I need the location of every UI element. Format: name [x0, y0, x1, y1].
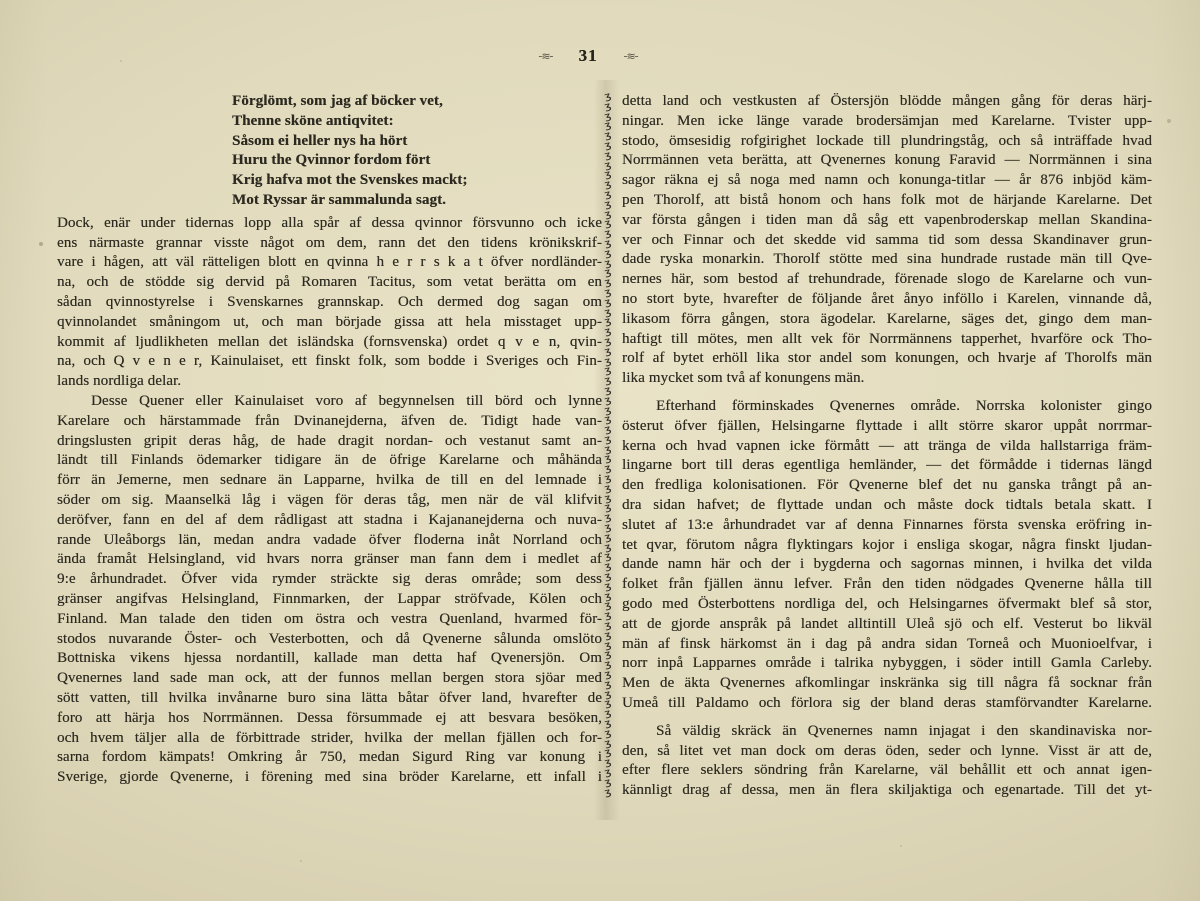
- verse-quote: Förglömt, som jag af böcker vet,Thenne s…: [232, 92, 602, 211]
- text-line: kännligt drag af dessa, men än flera ski…: [622, 781, 1152, 801]
- text-line: Karelare och härstammade från Dvinanejde…: [57, 412, 602, 432]
- text-line: rolf af bytet erhöll lika stor andel som…: [622, 349, 1152, 369]
- text-line: deröfver, fann en del af dem rådligast a…: [57, 511, 602, 531]
- text-line: och hvem täljer alla de förbittrade stri…: [57, 729, 602, 749]
- text-line: Dock, enär under tidernas lopp alla spår…: [57, 214, 602, 234]
- text-line: var första gången i tiden man då såg ett…: [622, 211, 1152, 231]
- text-line: kerna och hvad vapnen icke förmått — att…: [622, 437, 1152, 457]
- text-line: Mot Ryssar är sammalunda sagt.: [232, 191, 602, 211]
- text-line: qvinnolandet småningom ut, och man börja…: [57, 313, 602, 333]
- text-line: likasom förra gången, stora ägodelar. Ka…: [622, 310, 1152, 330]
- text-line: Huru the Qvinnor fordom fört: [232, 151, 602, 171]
- page-number: 31: [579, 46, 598, 66]
- text-line: kommit af ljudlikheten mellan det isländ…: [57, 333, 602, 353]
- text-line: Krig hafva mot the Svenskes mackt;: [232, 171, 602, 191]
- text-line: Så väldig skräck än Qvenernes namn injag…: [622, 722, 1152, 742]
- text-line: foro att härja hos Norrmännen. Dessa för…: [57, 709, 602, 729]
- text-line: godo med Österbottens nordliga del, och …: [622, 595, 1152, 615]
- text-line: no stort byte, hvarefter de följande åre…: [622, 290, 1152, 310]
- text-line: folket från fjällen ännu lefver. Från de…: [622, 575, 1152, 595]
- text-line: ningar. Men icke länge varade brodersämj…: [622, 112, 1152, 132]
- column-divider-squiggles: ʒʒʒʒʒʒʒʒʒʒʒʒʒʒʒʒʒʒʒʒʒʒʒʒʒʒʒʒʒʒʒʒʒʒʒʒʒʒʒʒ…: [601, 92, 615, 797]
- text-line: Sverige, gjorde Qvenerne, i förening med…: [57, 768, 602, 788]
- text-line: Desse Quener eller Kainulaiset voro af b…: [57, 392, 602, 412]
- text-line: Förglömt, som jag af böcker vet,: [232, 92, 602, 112]
- text-line: dande namn här och der i bygderna och sa…: [622, 555, 1152, 575]
- text-line: sådan qvinnostyrelse i Svenskarnes grann…: [57, 293, 602, 313]
- text-line: Såsom ei heller nys ha hört: [232, 132, 602, 152]
- text-line: dade ryska monarkin. Thorolf stötte med …: [622, 250, 1152, 270]
- text-line: ända framåt Helsingland, vid hvars norra…: [57, 550, 602, 570]
- text-line: 9:e århundradet. Öfver vida rymder sträc…: [57, 570, 602, 590]
- text-line: Men de äkta Qvenernes afkomlingar inskrä…: [622, 674, 1152, 694]
- paragraph: Efterhand förminskades Qvenernes område.…: [622, 397, 1152, 714]
- text-line: detta land och vestkusten af Östersjön b…: [622, 92, 1152, 112]
- text-line: efter flere seklers söndring från Karela…: [622, 761, 1152, 781]
- page-header: -≋- 31 -≋-: [0, 46, 1176, 66]
- text-line: sött vatten, till hvilka invånarne buro …: [57, 689, 602, 709]
- text-line: Bottniska vikens hjessa nordantill, kall…: [57, 649, 602, 669]
- text-line: Efterhand förminskades Qvenernes område.…: [622, 397, 1152, 417]
- squiggle-mark: ʒ: [604, 787, 613, 798]
- text-line: stodos nuvarande Öster- och Vesterbotten…: [57, 630, 602, 650]
- text-line: dra sidan hafvet; de flyttade undan och …: [622, 496, 1152, 516]
- text-column-right: detta land och vestkusten af Östersjön b…: [622, 92, 1152, 801]
- text-line: tet qvar, förutom några flyktingars kojo…: [622, 536, 1152, 556]
- text-line: stodo, ömsesidig rofgirighet lockade til…: [622, 132, 1152, 152]
- text-line: Umeå till Paldamo och förlora sig der bl…: [622, 694, 1152, 714]
- text-line: män af finsk härkomst än i dag på andra …: [622, 635, 1152, 655]
- paragraph: Så väldig skräck än Qvenernes namn injag…: [622, 722, 1152, 801]
- text-line: haftigt till mötes, men allt vek för Nor…: [622, 330, 1152, 350]
- text-line: förr än Jemerne, men sednare än Lapparne…: [57, 471, 602, 491]
- paragraph: Dock, enär under tidernas lopp alla spår…: [57, 214, 602, 392]
- text-line: Thenne sköne antiqvitet:: [232, 112, 602, 132]
- text-line: lingarne bort till deras egentliga hemlä…: [622, 456, 1152, 476]
- paragraph: Desse Quener eller Kainulaiset voro af b…: [57, 392, 602, 788]
- text-line: lika mycket som två af konungens män.: [622, 369, 1152, 389]
- text-line: norr inpå Lapparnes område i talrika nyb…: [622, 654, 1152, 674]
- text-line: vare i hågen, att väl rätteligen blott e…: [57, 253, 602, 273]
- paragraph: detta land och vestkusten af Östersjön b…: [622, 92, 1152, 389]
- text-line: söder om sig. Maanselkä låg i vägen för …: [57, 491, 602, 511]
- header-ornament-left: -≋-: [538, 50, 552, 62]
- text-line: na, och Q v e n e r, Kainulaiset, ett fi…: [57, 352, 602, 372]
- text-line: sarna fordom kämpats! Omkring år 750, me…: [57, 748, 602, 768]
- text-line: ver och Finnar och det skedde vid samma …: [622, 231, 1152, 251]
- text-line: slutet af 13:e århundradet var af denna …: [622, 516, 1152, 536]
- text-line: Norrmännen veta berätta, att Qvenernes k…: [622, 151, 1152, 171]
- text-line: Finland. Man talade den tiden om östra o…: [57, 610, 602, 630]
- text-line: den fredliga kolonisationen. För Qvenern…: [622, 476, 1152, 496]
- text-line: ländt till Finlands ödemarker tidigare ä…: [57, 451, 602, 471]
- text-line: rande Uleåborgs län, medan andra vadade …: [57, 531, 602, 551]
- text-line: pen Thorolf, att bistå honom och hans fo…: [622, 191, 1152, 211]
- text-line: dringslusten gripit deras håg, de hade d…: [57, 432, 602, 452]
- text-line: lands nordliga delar.: [57, 372, 602, 392]
- text-line: na, och de stödde sig dervid på Romaren …: [57, 273, 602, 293]
- text-column-left: Förglömt, som jag af böcker vet,Thenne s…: [57, 92, 602, 788]
- text-line: den, så litet vet man dock om deras öden…: [622, 742, 1152, 762]
- text-line: Qvenernes land sade man ock, att der fun…: [57, 669, 602, 689]
- book-page-scan: -≋- 31 -≋- ʒʒʒʒʒʒʒʒʒʒʒʒʒʒʒʒʒʒʒʒʒʒʒʒʒʒʒʒʒ…: [0, 0, 1200, 901]
- text-line: österut öfver fjällen, Helsingarne flytt…: [622, 417, 1152, 437]
- text-line: gränser angifvas Helsingland, Finnmarken…: [57, 590, 602, 610]
- text-line: nernes här, som bestod af trehundrade, f…: [622, 270, 1152, 290]
- text-line: ens närmaste grannar visste något om dem…: [57, 234, 602, 254]
- header-ornament-right: -≋-: [624, 50, 638, 62]
- text-line: att de gjorde anspråk på landet alltinti…: [622, 615, 1152, 635]
- text-line: sagor räkna ej så noga med namn och konu…: [622, 171, 1152, 191]
